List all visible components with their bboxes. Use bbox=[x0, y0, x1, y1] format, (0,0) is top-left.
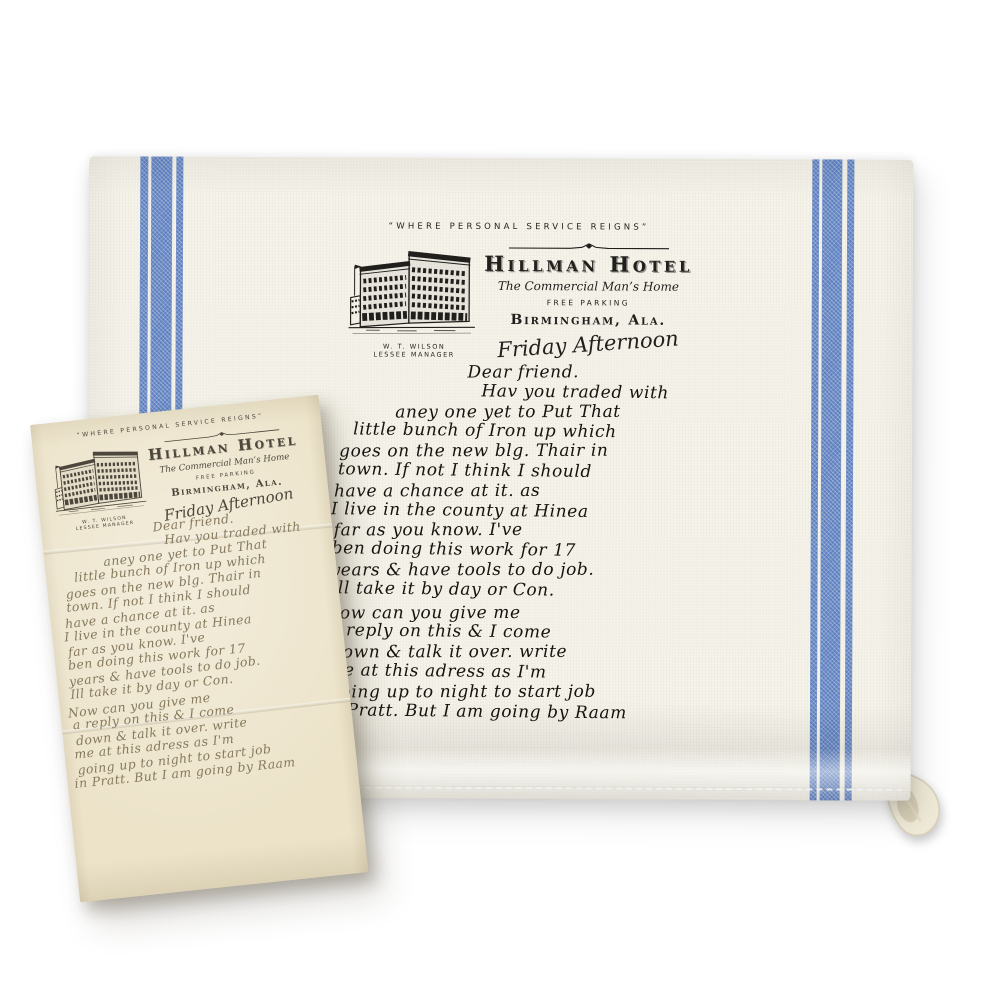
hotel-subtitle: The Commercial Man’s Home bbox=[484, 279, 693, 294]
towel-stripe-right-thin-inner bbox=[810, 159, 820, 800]
free-parking-label: FREE PARKING bbox=[484, 298, 693, 308]
letter-date: Friday Afternoon bbox=[483, 326, 693, 364]
hotel-name: Hillman Hotel bbox=[484, 252, 693, 277]
letter-line: Ill take it by day or Con. bbox=[330, 579, 668, 602]
hotel-building-illustration bbox=[346, 237, 482, 341]
hotel-building-illustration bbox=[48, 437, 153, 521]
letterhead-tagline: “WHERE PERSONAL SERVICE REIGNS” bbox=[345, 221, 693, 234]
manager-title: LESSEE MANAGER bbox=[345, 350, 484, 359]
product-photo: “WHERE PERSONAL SERVICE REIGNS” W. T. WI… bbox=[0, 0, 1000, 1000]
letter-line: Dear friend. bbox=[467, 363, 669, 383]
original-letter: “WHERE PERSONAL SERVICE REIGNS” W. T. WI… bbox=[30, 395, 369, 903]
paper-letter-body: Dear friend.Hav you traded withaney one … bbox=[53, 505, 326, 792]
towel-stripe-right-wide bbox=[820, 159, 843, 800]
printed-letter-body: Dear friend.Hav you traded withaney one … bbox=[330, 362, 669, 723]
printed-letterhead: “WHERE PERSONAL SERVICE REIGNS” W. T. WI… bbox=[345, 221, 694, 360]
towel-stripe-right-thin-outer bbox=[845, 160, 855, 801]
letter-line: in Pratt. But I am going by Raam bbox=[323, 701, 668, 724]
letter-line: Hav you traded with bbox=[481, 382, 669, 404]
